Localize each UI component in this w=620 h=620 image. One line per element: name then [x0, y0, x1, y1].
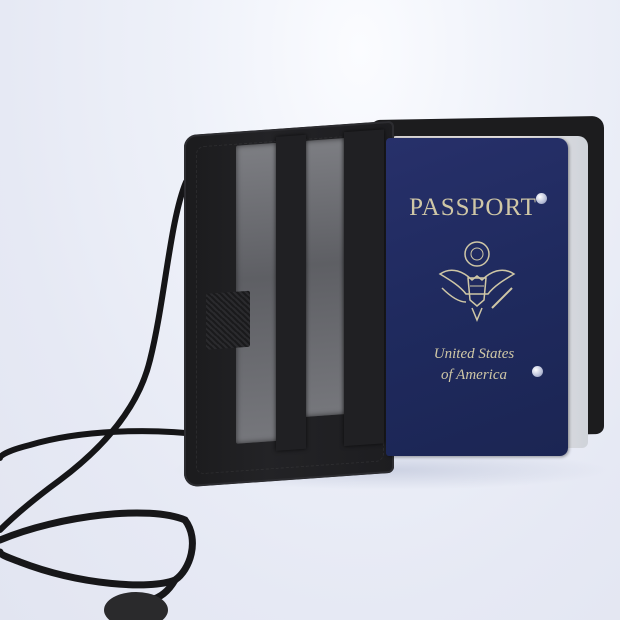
passport-country: United States of America [386, 344, 562, 386]
card-divider-strap [276, 135, 306, 451]
passport-cover: PASSPORT United States of America [386, 138, 568, 456]
grommet-icon [536, 193, 547, 204]
grommet-icon [532, 366, 543, 377]
card-divider-strap [344, 129, 384, 446]
velcro-tab [206, 291, 250, 350]
id-window-slot [302, 138, 346, 417]
product-photo: PASSPORT United States of America Black … [0, 0, 620, 620]
eagle-seal-icon [432, 236, 522, 326]
passport-title: PASSPORT [386, 194, 560, 222]
wallet-inner-left-panel [184, 121, 394, 488]
country-line-1: United States [386, 344, 562, 365]
